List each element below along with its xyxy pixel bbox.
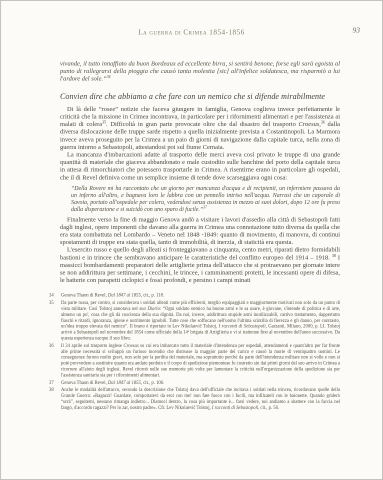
book-page: La guerra di Crimea 1854-1856 93 vivande… <box>0 0 383 480</box>
footnotes-section: 34 Genova Thaon di Revel, Dal 1847 al 18… <box>49 293 340 411</box>
footnote-text: Genova Thaon di Revel, Dal 1847 al 1855,… <box>61 380 340 386</box>
footnote: 37 Genova Thaon di Revel, Dal 1847 al 18… <box>49 380 340 386</box>
footnote-text: Da parte russa, per contro, si considera… <box>61 301 340 342</box>
footnote-number: 35 <box>49 301 61 342</box>
block-quote: “Della Rovere mi ha raccontato che un gi… <box>71 184 340 212</box>
opening-quote: vivande, il tutto innaffiato da buon Bor… <box>60 60 340 83</box>
footnote-number: 37 <box>49 380 61 386</box>
footnote-number: 36 <box>49 343 61 378</box>
page-canvas: La guerra di Crimea 1854-1856 93 vivande… <box>0 0 383 480</box>
footnote-text: Anche le modalità dell'attacco, secondo … <box>61 388 340 412</box>
page-number: 93 <box>353 27 361 36</box>
page-header: La guerra di Crimea 1854-1856 93 <box>1 1 382 37</box>
footnote-number: 34 <box>49 293 61 299</box>
body-paragraph-1: Di là delle “rosee” notizie che faceva g… <box>60 105 340 151</box>
body-paragraph-2: La mancanza d'imbarcazioni adatte al tra… <box>60 151 340 181</box>
page-content: vivande, il tutto innaffiato da buon Bor… <box>60 60 340 284</box>
section-heading: Convien dire che abbiamo a che fare con … <box>60 93 340 101</box>
footnote-text: Genova Thaon di Revel, Dal 1847 al 1855,… <box>61 293 340 299</box>
body-paragraph-3: Finalmente verso la fine di maggio Genov… <box>60 216 340 246</box>
footnote-number: 38 <box>49 388 61 412</box>
footnote-text: Il 24 aprile sul trasporto inglese Croes… <box>61 343 340 378</box>
footnote: 38 Anche le modalità dell'attacco, secon… <box>49 388 340 412</box>
running-title: La guerra di Crimea 1854-1856 <box>138 29 245 38</box>
footnote: 34 Genova Thaon di Revel, Dal 1847 al 18… <box>49 293 340 299</box>
footnote: 36 Il 24 aprile sul trasporto inglese Cr… <box>49 343 340 378</box>
body-paragraph-4: L'esercito russo e quello degli alleati … <box>60 246 340 284</box>
footnote: 35 Da parte russa, per contro, si consid… <box>49 301 340 342</box>
